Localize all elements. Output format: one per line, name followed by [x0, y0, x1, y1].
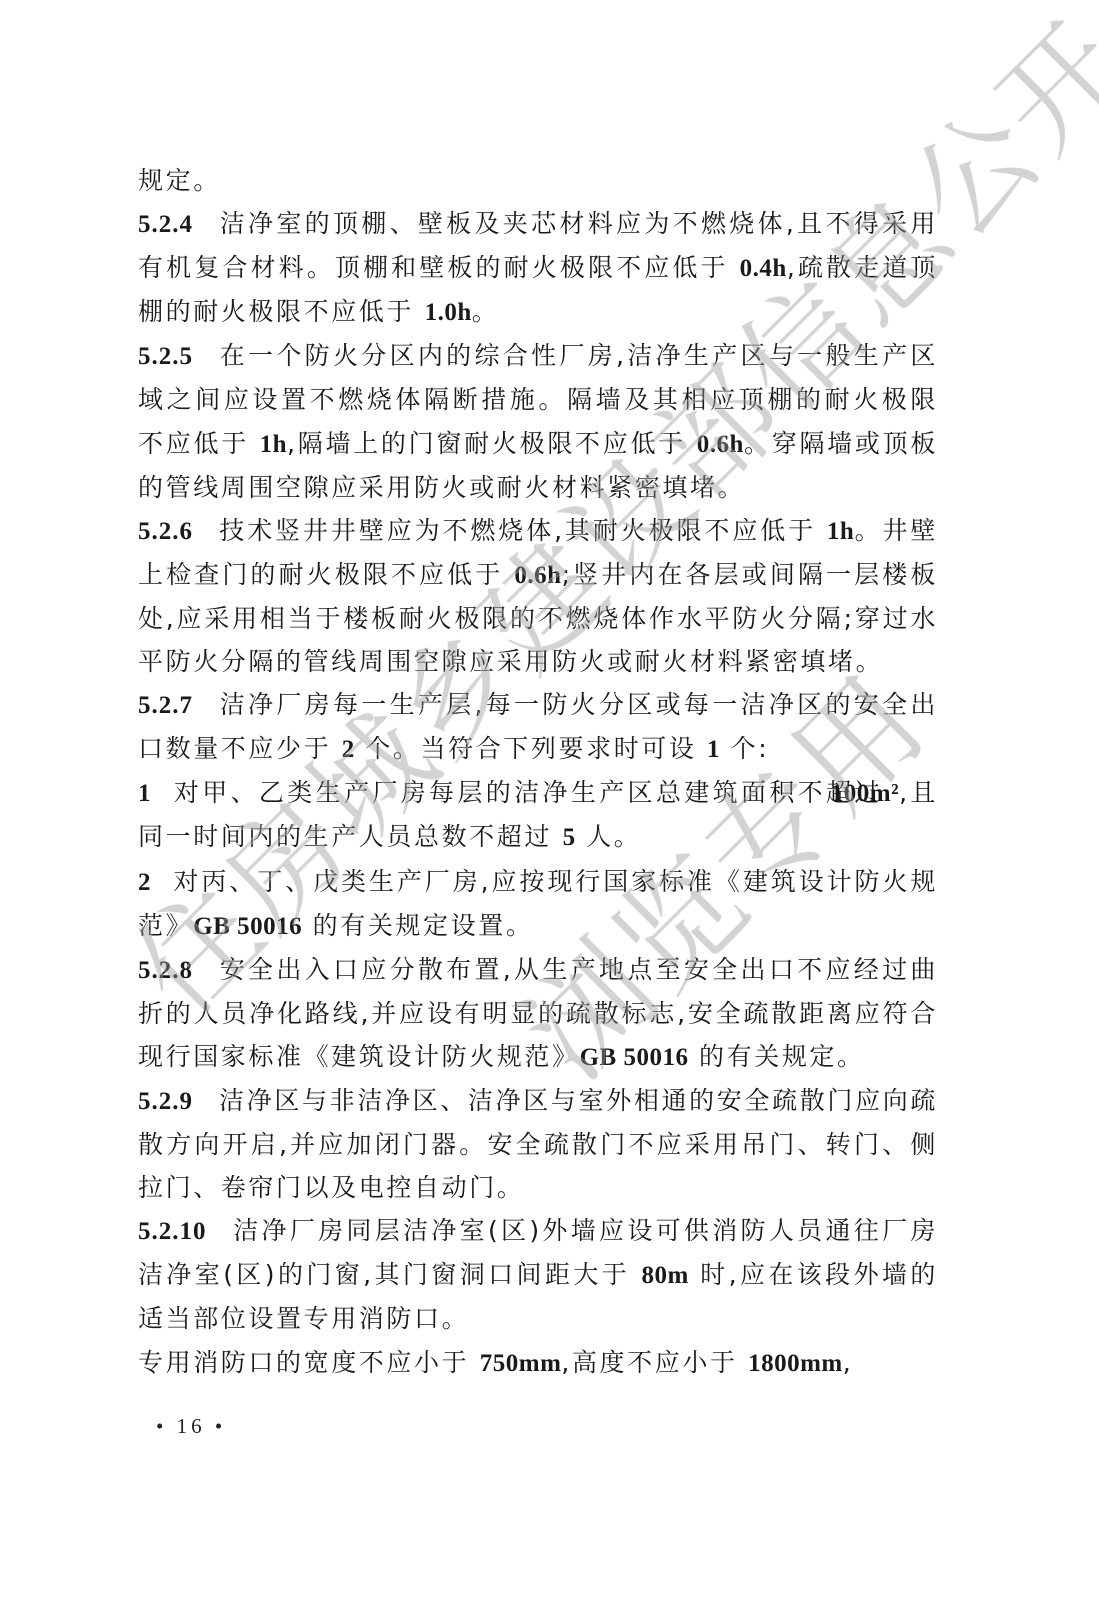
text-run: 对甲、乙类生产厂房每层的洁净生产区总建筑面积不超过 [173, 778, 883, 807]
document-body: 规定。 5.2.4洁净室的顶棚、壁板及夹芯材料应为不燃烧体,且不得采用有机复合材… [138, 159, 938, 1385]
text-run: 洁净厂房同层洁净室(区)外墙应设可供消防人员通往厂 [233, 1216, 911, 1245]
text-run: 。 [472, 297, 500, 326]
value: 80m [642, 1262, 689, 1289]
clause-number: 5.2.6 [138, 518, 193, 545]
value: 1h [827, 518, 854, 545]
text-run: 在一个防火分区内的综合性厂房,洁净生产区与一般生产 [219, 341, 910, 370]
clause-number: 5.2.10 [138, 1218, 207, 1245]
item-1: 1对甲、乙类生产厂房每层的洁净生产区总建筑面积不超过100m²,且同一时间内的生… [138, 771, 938, 859]
value: 750mm [480, 1350, 562, 1377]
text-run: , [843, 1348, 854, 1377]
clause-5-2-5: 5.2.5在一个防火分区内的综合性厂房,洁净生产区与一般生产区域之间应设置不燃烧… [138, 334, 938, 508]
clause-number: 5.2.5 [138, 343, 193, 370]
paragraph-continuation: 规定。 [138, 159, 938, 202]
value: 100m² [831, 780, 899, 807]
value: GB 50016 [193, 913, 302, 940]
text-run: 个。当符合下列要求时可设 [355, 734, 707, 763]
text-run: 安全出入口应分散布置,从生产地点至安全出口不应经过 [219, 955, 910, 984]
value: 0.6h [697, 431, 744, 458]
clause-5-2-6: 5.2.6技术竖井井壁应为不燃烧体,其耐火极限不应低于 1h。井壁上检查门的耐火… [138, 509, 938, 683]
value: 1800mm [748, 1350, 843, 1377]
value: 5 [563, 824, 576, 851]
text-run: 专用消防口的宽度不应小于 [138, 1348, 480, 1377]
text-run: 。 [854, 516, 882, 545]
item-2: 2对丙、丁、戊类生产厂房,应按现行国家标准《建筑设计防火规范》GB 50016 … [138, 860, 938, 948]
page-number: • 16 • [156, 1414, 226, 1439]
text-run: 洁净区与非洁净区、洁净区与室外相通的安全疏散门应向 [219, 1086, 910, 1115]
clause-number: 5.2.4 [138, 211, 193, 238]
text-run: ;竖井内在各层或间隔一 [562, 560, 855, 589]
clause-5-2-10: 5.2.10洁净厂房同层洁净室(区)外墙应设可供消防人员通往厂房洁净室(区)的门… [138, 1209, 938, 1340]
value: 0.6h [514, 562, 561, 589]
value: 1h [260, 431, 287, 458]
item-number: 1 [138, 780, 153, 807]
value: 0.4h [740, 255, 787, 282]
clause-5-2-9: 5.2.9洁净区与非洁净区、洁净区与室外相通的安全疏散门应向疏散方向开启,并应加… [138, 1079, 938, 1209]
text-run: 技术竖井井壁应为不燃烧体,其耐火极限不应低于 [219, 516, 827, 545]
text-run: 密填堵。 [773, 647, 883, 676]
value: 2 [342, 736, 355, 763]
text-run: ,隔墙上的门窗耐火极限不应低于 [287, 429, 697, 458]
text-run: ,高度不应小于 [561, 1348, 748, 1377]
value: 1.0h [425, 299, 472, 326]
text-run: ,疏散走 [787, 253, 882, 282]
text-run: 人。 [576, 822, 642, 851]
clause-number: 5.2.8 [138, 957, 193, 984]
text-run: 规定。 [138, 166, 221, 195]
text-run: 洁净厂房每一生产层,每一防火分区或每一洁净区的安全 [219, 690, 910, 719]
value: 1 [707, 736, 720, 763]
text-run: 洁净室的顶棚、壁板及夹芯材料应为不燃烧体,且不得采 [219, 209, 910, 238]
paragraph-fire-access-opening: 专用消防口的宽度不应小于 750mm,高度不应小于 1800mm, [138, 1341, 938, 1385]
document-page: 规定。 5.2.4洁净室的顶棚、壁板及夹芯材料应为不燃烧体,且不得采用有机复合材… [0, 0, 1099, 1598]
text-run: 的有关规定设置。 [302, 911, 533, 940]
clause-5-2-4: 5.2.4洁净室的顶棚、壁板及夹芯材料应为不燃烧体,且不得采用有机复合材料。顶棚… [138, 202, 938, 334]
clause-number: 5.2.9 [138, 1088, 193, 1115]
item-number: 2 [138, 869, 153, 896]
text-run: 个: [720, 734, 769, 763]
text-run: 对丙、丁、戊类生产厂房,应按现行国家标准《建筑设计防 [173, 867, 882, 896]
value: GB 50016 [580, 1044, 689, 1071]
text-run: 。穿隔墙或 [744, 429, 883, 458]
text-run: 时,应在该段外 [689, 1260, 882, 1289]
text-run: 的有关规定。 [688, 1042, 864, 1071]
clause-5-2-7: 5.2.7洁净厂房每一生产层,每一防火分区或每一洁净区的安全出口数量不应少于 2… [138, 683, 938, 771]
clause-number: 5.2.7 [138, 692, 193, 719]
clause-5-2-8: 5.2.8安全出入口应分散布置,从生产地点至安全出口不应经过曲折的人员净化路线,… [138, 948, 938, 1079]
